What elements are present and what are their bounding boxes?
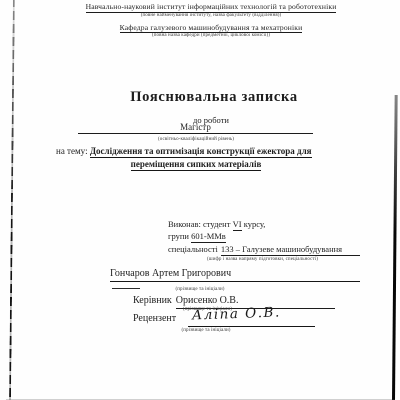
department-name: Кафедра галузевого машинобудування та ме… — [22, 23, 400, 32]
page-title: Пояснювальна записка — [28, 89, 400, 106]
topic-label: на тему: — [56, 146, 88, 156]
specialty-line: спеціальності 133 – Галузеве машинобудув… — [168, 243, 360, 256]
document-page: Навчально-науковий інститут інформаційни… — [0, 0, 400, 400]
topic-line-2: переміщення сипких матеріалів — [0, 159, 392, 169]
degree-field: Магістр — [78, 122, 313, 134]
group-line: групи 601-ММв — [168, 230, 360, 242]
student-name-caption: (прізвище та ініціали) — [145, 287, 255, 292]
department-name-text: Кафедра галузевого машинобудування та ме… — [120, 23, 303, 34]
student-name: Гончаров Артем Григорович — [110, 268, 231, 279]
reviewer-handwritten-signature: Аліпа О.В. — [192, 304, 281, 323]
author-block: Виконав: студент VI курсу, групи 601-ММв… — [168, 218, 360, 256]
specialty-label: спеціальності — [168, 243, 218, 256]
department-caption: (повна назва кафедри (предметної, циклов… — [22, 33, 400, 38]
group-label: групи — [168, 231, 189, 241]
student-name-field: Гончаров Артем Григорович — [110, 268, 360, 282]
topic-line-1: на тему: Дослідження та оптимізація конс… — [56, 146, 312, 156]
stray-mark-line — [112, 288, 140, 289]
degree-caption: (освітньо-кваліфікаційний рівень) — [0, 137, 392, 142]
reviewer-row: Рецензент Аліпа О.В. — [133, 313, 315, 327]
scan-artifact-left-line — [9, 0, 15, 400]
institute-name: Навчально-науковий інститут інформаційни… — [22, 2, 400, 11]
performed-prefix: Виконав: студент — [168, 219, 230, 229]
course-value: VI — [233, 219, 242, 231]
performed-suffix: курсу, — [244, 219, 266, 229]
institute-caption: (повне найменування інституту, назва фак… — [22, 13, 400, 18]
topic-text-1: Дослідження та оптимізація конструкції е… — [90, 146, 312, 158]
specialty-value: 133 – Галузеве машинобудування — [221, 243, 360, 256]
institute-name-text: Навчально-науковий інститут інформаційни… — [86, 2, 337, 13]
group-value: 601-ММв — [191, 231, 226, 243]
scan-artifact-right-line — [392, 95, 397, 400]
degree-value: Магістр — [180, 122, 211, 132]
topic-text-2: переміщення сипких матеріалів — [131, 159, 262, 171]
specialty-caption: (шифр і назва напряму підготовки, спеціа… — [190, 257, 335, 262]
reviewer-signature-field: Аліпа О.В. — [188, 313, 315, 327]
performed-line: Виконав: студент VI курсу, — [168, 218, 360, 230]
reviewer-caption: (прізвище та ініціали) — [150, 328, 262, 333]
reviewer-label: Рецензент — [133, 313, 176, 327]
